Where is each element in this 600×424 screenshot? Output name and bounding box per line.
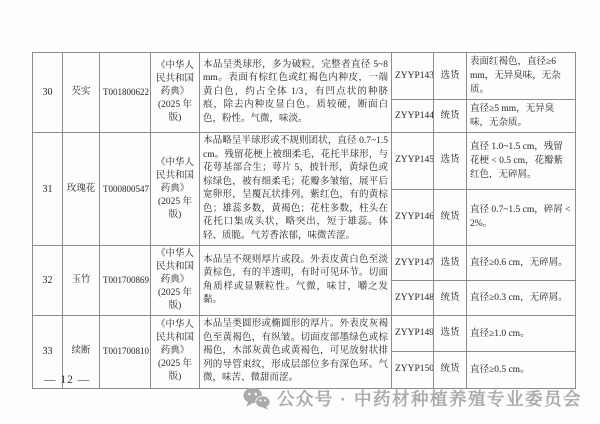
spec-code: ZYYP148 [392,281,434,316]
spec-requirement: 直径≥1.0 cm。 [467,316,576,352]
spec-requirement: 直径 0.7~1.5 cm，碎屑 < 2%。 [467,189,576,246]
grade-label: 统货 [434,352,467,388]
spec-code: ZYYP150 [392,352,434,388]
spec-requirement: 直径≥0.5 cm。 [467,352,576,388]
herb-description: 本品呈类球形，多为破粒，完整者直径 5~8 mm。表面有棕红色或红褐色内种皮，一… [200,53,392,133]
spec-requirement: 表面红褐色，直径≥6 mm，无异臭味，无杂质。 [467,53,576,100]
grade-label: 选货 [434,316,467,352]
herb-code: T000800547 [100,133,151,246]
herb-description: 本品呈不规则厚片或段。外表皮黄白色至淡黄棕色，有的半透明，有时可见环节。切面角质… [200,246,392,316]
pharmacopoeia-standard: 《中华人民共和国药典》(2025 年版) [151,316,200,389]
page-number: — 12 — [44,374,90,386]
spec-code: ZYYP144 [392,100,434,133]
pharmacopoeia-standard: 《中华人民共和国药典》(2025 年版) [151,133,200,246]
herb-spec-table: 30 芡实 T001800622 《中华人民共和国药典》(2025 年版) 本品… [32,52,576,389]
grade-label: 统货 [434,189,467,246]
spec-code: ZYYP145 [392,133,434,190]
spec-table-body: 30 芡实 T001800622 《中华人民共和国药典》(2025 年版) 本品… [33,53,576,389]
herb-description: 本品呈类圆形或椭圆形的厚片。外表皮灰褐色至黄褐色，有纵皱。切面皮部墨绿色或棕褐色… [200,316,392,389]
row-number: 30 [33,53,63,133]
grade-label: 选货 [434,246,467,281]
spec-requirement: 直径≥0.3 cm，无碎屑。 [467,281,576,316]
wechat-icon [243,387,270,410]
spec-code: ZYYP143 [392,53,434,100]
row-number: 32 [33,246,63,316]
spec-requirement: 直径≥5 mm，无异臭味，无杂质。 [467,100,576,133]
pharmacopoeia-standard: 《中华人民共和国药典》(2025 年版) [151,53,200,133]
spec-requirement: 直径 1.0~1.5 cm，残留花梗 < 0.5 cm，花瓣紫红色，无碎屑。 [467,133,576,190]
spec-code: ZYYP147 [392,246,434,281]
herb-name: 玉竹 [63,246,100,316]
herb-description: 本品略呈半球形或不规则团状，直径 0.7~1.5 cm。残留花梗上被细柔毛，花托… [200,133,392,246]
grade-label: 选货 [434,53,467,100]
wechat-footer: 公众号 · 中药材种植养殖专业委员会 [243,386,582,411]
grade-label: 选货 [434,133,467,190]
herb-code: T001700869 [100,246,151,316]
herb-name: 芡实 [63,53,100,133]
wechat-footer-label: 公众号 · 中药材种植养殖专业委员会 [277,386,582,411]
spec-requirement: 直径≥0.6 cm，无碎屑。 [467,246,576,281]
document-page: 30 芡实 T001800622 《中华人民共和国药典》(2025 年版) 本品… [0,0,600,424]
herb-name: 玫瑰花 [63,133,100,246]
grade-label: 统货 [434,100,467,133]
row-number: 31 [33,133,63,246]
herb-code: T001700810 [100,316,151,389]
spec-code: ZYYP149 [392,316,434,352]
pharmacopoeia-standard: 《中华人民共和国药典》(2025 年版) [151,246,200,316]
herb-code: T001800622 [100,53,151,133]
grade-label: 统货 [434,281,467,316]
spec-code: ZYYP146 [392,189,434,246]
